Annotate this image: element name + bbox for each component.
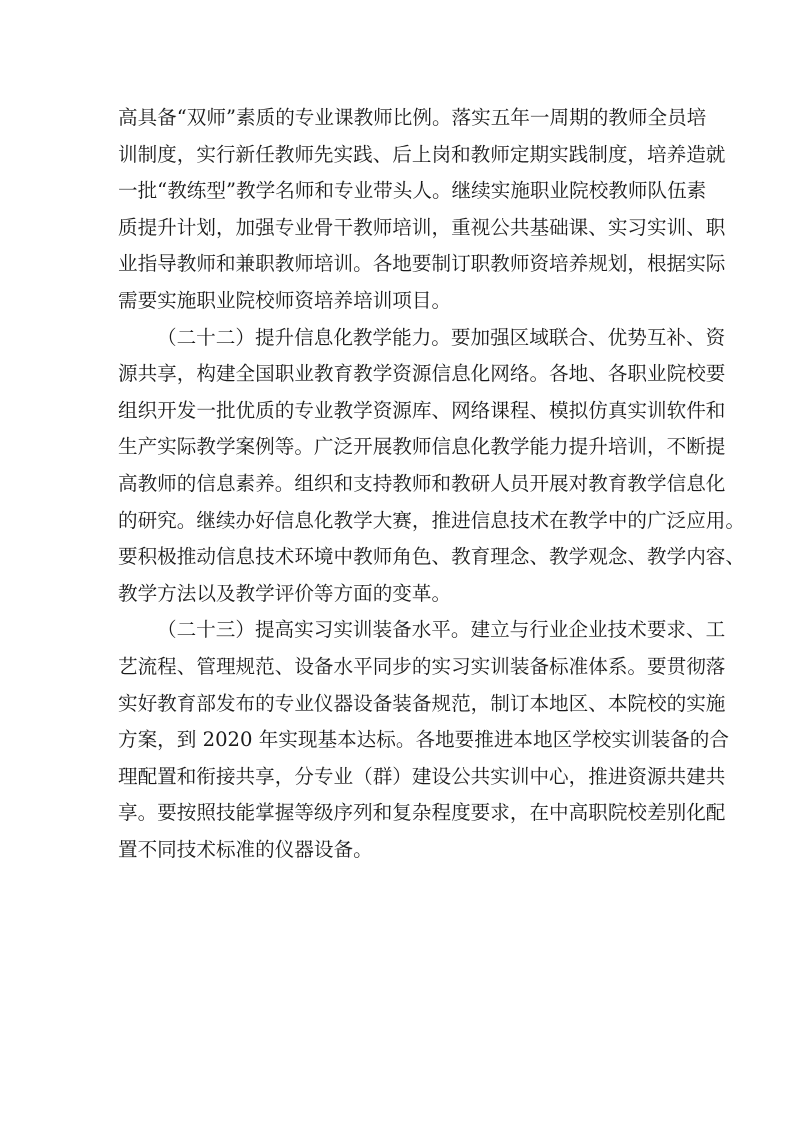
text-line: 需要实施职业院校师资培养培训项目。 <box>118 283 674 320</box>
text-line: 的研究。继续办好信息化教学大赛，推进信息技术在教学中的广泛应用。 <box>118 503 674 540</box>
text-line: 业指导教师和兼职教师培训。各地要制订职教师资培养规划，根据实际 <box>118 246 674 283</box>
section-heading-line: （二十三）提高实习实训装备水平。建立与行业企业技术要求、工 <box>118 612 674 649</box>
text-line: 组织开发一批优质的专业教学资源库、网络课程、模拟仿真实训软件和 <box>118 393 674 430</box>
text-line: 生产实际教学案例等。广泛开展教师信息化教学能力提升培训，不断提 <box>118 429 674 466</box>
text-line: 理配置和衔接共享，分专业（群）建设公共实训中心，推进资源共建共 <box>118 759 674 796</box>
text-line: 置不同技术标准的仪器设备。 <box>118 832 674 869</box>
text-line: 教学方法以及教学评价等方面的变革。 <box>118 576 674 613</box>
text-line: 高教师的信息素养。组织和支持教师和教研人员开展对教育教学信息化 <box>118 466 674 503</box>
text-line: 高具备“双师”素质的专业课教师比例。落实五年一周期的教师全员培 <box>118 100 674 137</box>
text-line: 训制度，实行新任教师先实践、后上岗和教师定期实践制度，培养造就 <box>118 137 674 174</box>
document-page: 高具备“双师”素质的专业课教师比例。落实五年一周期的教师全员培 训制度，实行新任… <box>118 100 674 868</box>
paragraph-section-23: （二十三）提高实习实训装备水平。建立与行业企业技术要求、工 艺流程、管理规范、设… <box>118 612 674 868</box>
section-heading-line: （二十二）提升信息化教学能力。要加强区域联合、优势互补、资 <box>118 320 674 357</box>
text-line: 艺流程、管理规范、设备水平同步的实习实训装备标准体系。要贯彻落 <box>118 649 674 686</box>
text-line: 源共享，构建全国职业教育教学资源信息化网络。各地、各职业院校要 <box>118 356 674 393</box>
text-line: 要积极推动信息技术环境中教师角色、教育理念、教学观念、教学内容、 <box>118 539 674 576</box>
text-line: 方案，到 2020 年实现基本达标。各地要推进本地区学校实训装备的合 <box>118 722 674 759</box>
paragraph-section-22: （二十二）提升信息化教学能力。要加强区域联合、优势互补、资 源共享，构建全国职业… <box>118 320 674 613</box>
text-line: 享。要按照技能掌握等级序列和复杂程度要求，在中高职院校差别化配 <box>118 795 674 832</box>
text-line: 质提升计划，加强专业骨干教师培训，重视公共基础课、实习实训、职 <box>118 210 674 247</box>
text-line: 一批“教练型”教学名师和专业带头人。继续实施职业院校教师队伍素 <box>118 173 674 210</box>
text-line: 实好教育部发布的专业仪器设备装备规范，制订本地区、本院校的实施 <box>118 686 674 723</box>
paragraph-teacher-training: 高具备“双师”素质的专业课教师比例。落实五年一周期的教师全员培 训制度，实行新任… <box>118 100 674 320</box>
